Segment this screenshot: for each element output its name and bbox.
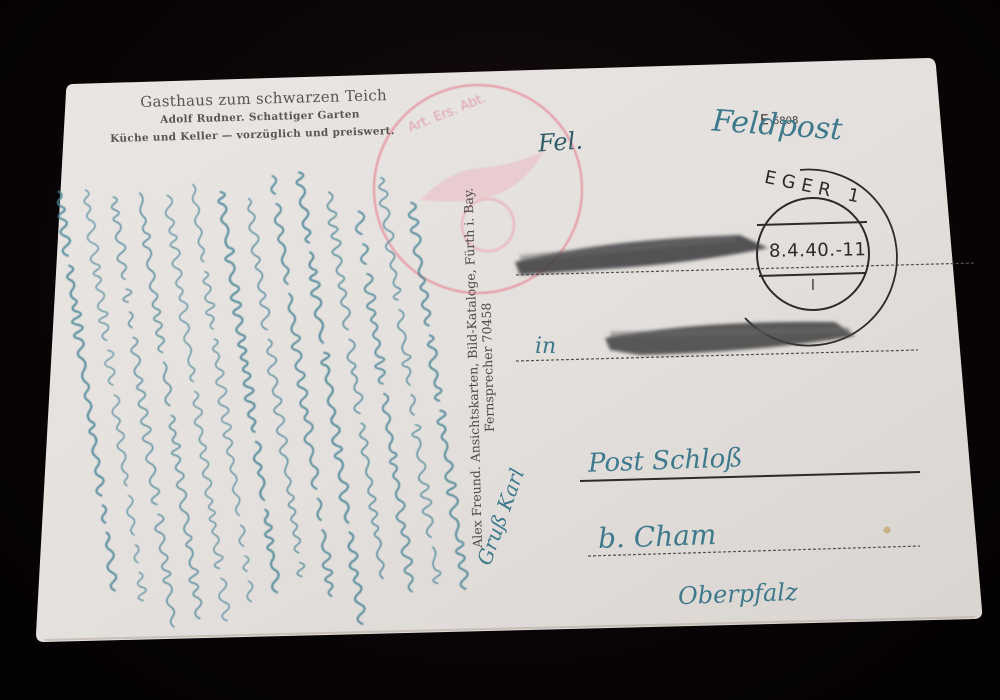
postmark-code: l bbox=[811, 278, 815, 294]
postmark-date: 8.4.40.-11 bbox=[769, 239, 867, 262]
address-line-post: Post Schloß bbox=[588, 443, 744, 478]
address-in: in bbox=[535, 334, 556, 359]
postcard: Art. Ers. Abt. EGER 1 bbox=[0, 0, 1000, 700]
address-line-town: b. Cham bbox=[597, 518, 717, 555]
service-mark: Fel. bbox=[537, 126, 584, 157]
address-line-region: Oberpfalz bbox=[678, 578, 798, 610]
stain bbox=[884, 527, 891, 534]
